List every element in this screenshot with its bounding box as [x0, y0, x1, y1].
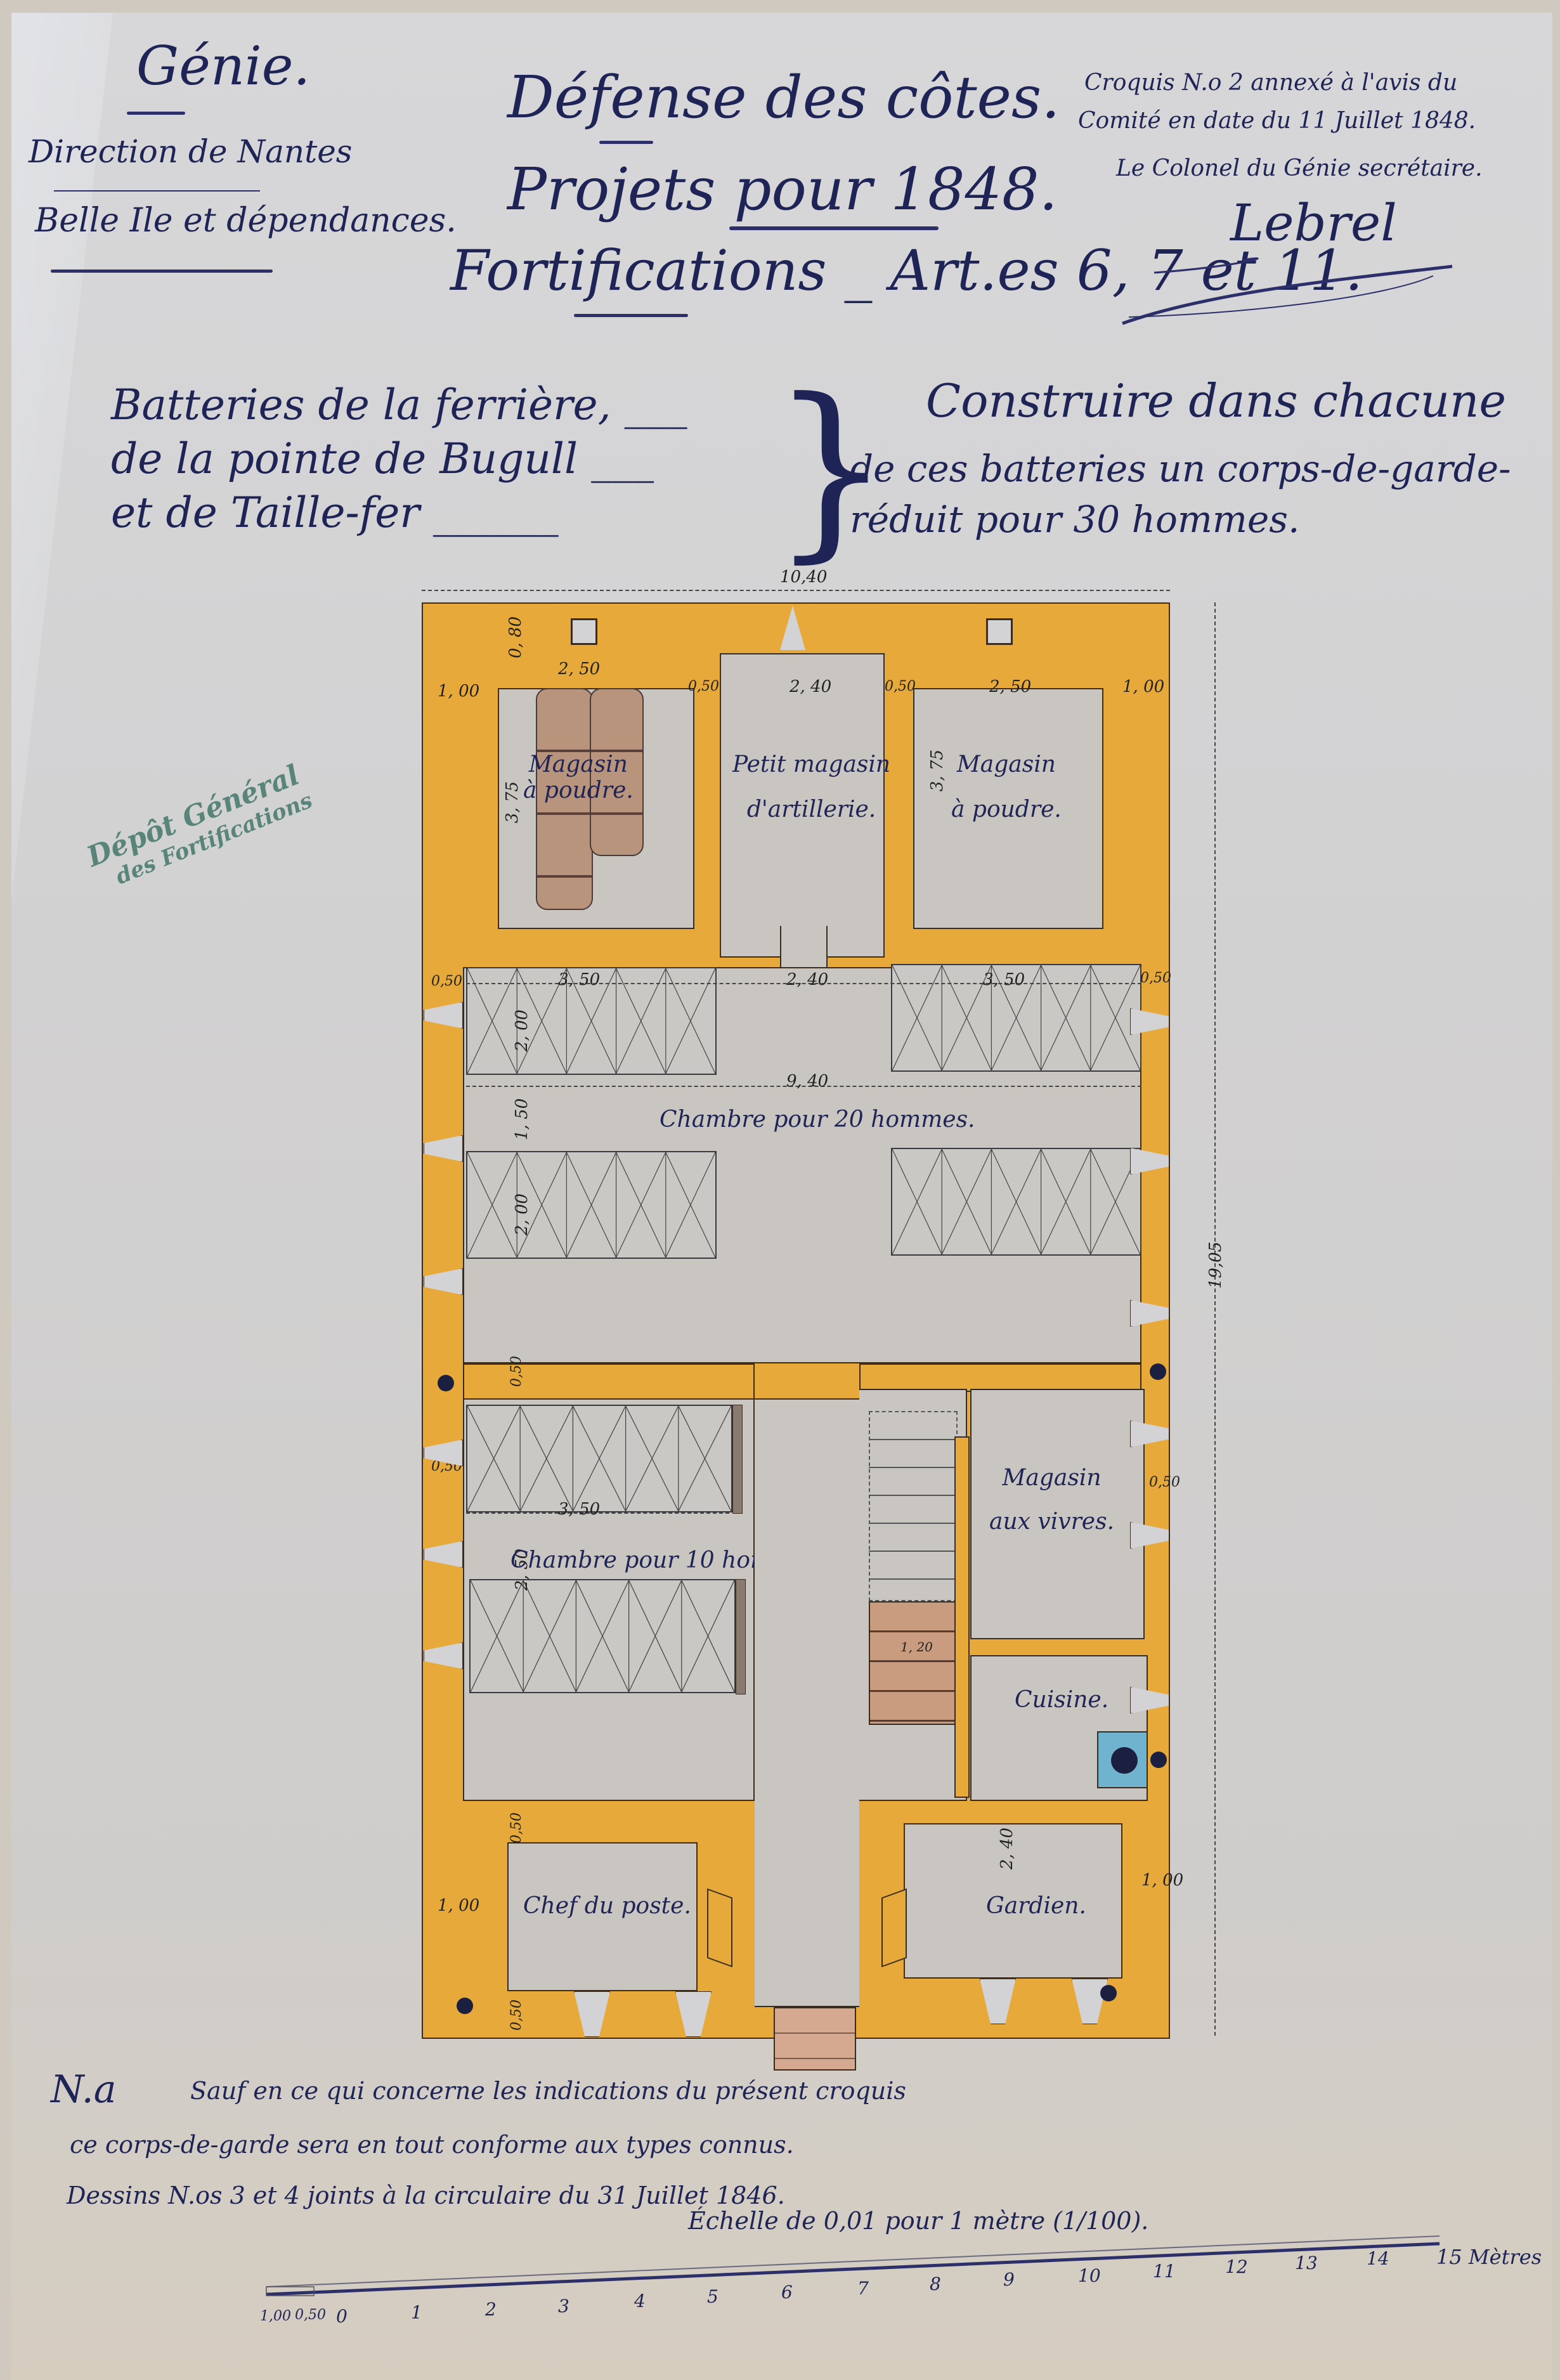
dim-partition-1: 0,50: [688, 679, 719, 694]
vent-shaft-icon: [571, 618, 597, 645]
label-gardien: Gardien.: [986, 1893, 1086, 1919]
scale-tick-label: 1,00: [260, 2308, 291, 2324]
instruction-line3: réduit pour 30 hommes.: [850, 498, 1299, 541]
scale-tick-label: 1: [411, 2302, 422, 2323]
bed-row-icon: [891, 1148, 1141, 1256]
dim-beds-bottom-depth: 2, 00: [512, 1193, 531, 1235]
dim-top-wall: 0, 80: [506, 616, 525, 658]
label-magasin-vivres: Magasinaux vivres.: [989, 1465, 1114, 1535]
dim-magasin-left-width: 2, 50: [558, 660, 600, 679]
scale-tick-label: 5: [707, 2286, 718, 2307]
instruction-line1: Construire dans chacune: [926, 374, 1506, 427]
batteries-line1: Batteries de la ferrière, ___: [111, 380, 687, 429]
vent-shaft-icon: [986, 618, 1013, 645]
bed-row-icon: [469, 1579, 736, 1693]
label-chambre-20: Chambre pour 20 hommes.: [660, 1107, 975, 1133]
dim-magasin-right-depth: 3, 75: [928, 750, 947, 791]
entrance-steps: [774, 2007, 856, 2071]
signature-flourish-icon: [1116, 254, 1471, 330]
dim-partition-2: 0,50: [885, 679, 916, 694]
note-prefix: N.a: [51, 2067, 117, 2112]
header-flourish: [51, 270, 273, 273]
scale-tick-label: 14: [1367, 2248, 1389, 2269]
fireplace-wall: [881, 1889, 907, 1968]
header-divider: [729, 226, 939, 230]
header-divider: [599, 141, 653, 144]
stairs-upper-dashed: [869, 1411, 958, 1601]
dim-gardien-depth: 2, 40: [998, 1828, 1017, 1870]
mid-wall-left: [463, 1363, 755, 1401]
dim-magasin-left-depth: 3, 75: [503, 781, 522, 823]
dim-chambre20-right-wall: 0,50: [1140, 970, 1171, 986]
drain-pipe-icon: [457, 1998, 473, 2014]
header-divider: [574, 314, 688, 317]
note-line3: Dessins N.os 3 et 4 joints à la circulai…: [67, 2182, 785, 2209]
scale-tick-label: 3: [558, 2296, 569, 2317]
scale-tick-label: 7: [857, 2278, 869, 2299]
dim-magasin-right-width: 2, 50: [989, 677, 1031, 696]
dim-chef-left-wall: 1, 00: [438, 1896, 479, 1915]
dim-chambre10-beds-width: 3, 50: [558, 1500, 600, 1519]
label-cuisine: Cuisine.: [1015, 1687, 1108, 1713]
label-magasin-right: Magasinà poudre.: [951, 751, 1062, 823]
overall-length-line: [1214, 602, 1216, 2036]
scale-tick-label: 9: [1003, 2269, 1015, 2290]
dim-beds-right-width: 3, 50: [983, 970, 1025, 989]
label-petit-magasin: Petit magasind'artillerie.: [732, 751, 890, 823]
rifle-rack-icon: [732, 1405, 743, 1514]
dim-bottom-wall: 0,50: [509, 2000, 524, 2031]
dim-chambre20-inner-width: 9, 40: [786, 1072, 828, 1091]
chimney-icon: [780, 606, 805, 650]
header-divider: [127, 112, 185, 115]
scale-tick-label: 2: [485, 2299, 497, 2320]
drain-pipe-icon: [1100, 1985, 1117, 2001]
overall-width-line: [422, 590, 1170, 591]
instruction-line2: de ces batteries un corps-de-garde-: [850, 447, 1511, 490]
drain-pipe-icon: [438, 1375, 454, 1391]
scale-tick-label: 4: [634, 2291, 646, 2312]
drain-pipe-icon: [1150, 1752, 1167, 1768]
dim-wall-above-chef: 0,50: [509, 1812, 524, 1844]
dim-aisle-width: 2, 40: [786, 970, 828, 989]
batteries-line3: et de Taille-fer ______: [111, 488, 559, 537]
scale-tick-label: 10: [1078, 2265, 1101, 2286]
signature: Lebrel: [1230, 193, 1397, 252]
mid-wall-right: [859, 1363, 1141, 1392]
header-direction: Direction de Nantes: [29, 133, 352, 170]
stair-wall: [954, 1436, 970, 1798]
rifle-rack-icon: [736, 1579, 746, 1694]
drain-pipe-icon: [1150, 1363, 1166, 1380]
scale-tick-label: 11: [1153, 2261, 1176, 2282]
header-divider: [54, 190, 260, 192]
scale-tick-label: 0: [336, 2306, 348, 2327]
scale-tick-label: 6: [781, 2282, 793, 2303]
dim-aisle-depth: 1, 50: [512, 1098, 531, 1140]
dim-gardien-right-wall: 1, 00: [1141, 1871, 1183, 1890]
dim-petit-magasin-width: 2, 40: [790, 677, 831, 696]
croquis-line1: Croquis N.o 2 annexé à l'avis du: [1084, 70, 1457, 96]
central-corridor: [755, 1398, 859, 2007]
header-defense: Défense des côtes.: [507, 63, 1060, 131]
dim-left-wall: 1, 00: [438, 682, 479, 701]
scale-tick-label: 8: [930, 2273, 941, 2294]
scale-tick-label: 0,50: [295, 2307, 326, 2323]
overall-length-label: 19,05: [1206, 1242, 1225, 1289]
croquis-line3: Le Colonel du Génie secrétaire.: [1116, 155, 1483, 181]
stove-flue-icon: [1111, 1747, 1138, 1774]
batteries-line2: de la pointe de Bugull ___: [111, 434, 654, 483]
dim-chambre20-left-wall: 0,50: [431, 973, 462, 989]
label-chef-du-poste: Chef du poste.: [523, 1893, 691, 1919]
dim-magasin-vivres-wall: 0,50: [1149, 1474, 1180, 1490]
header-genie: Génie.: [136, 35, 310, 97]
header-district: Belle Ile et dépendances.: [35, 202, 457, 240]
bed-row-icon: [466, 1405, 732, 1512]
croquis-line2: Comité en date du 11 Juillet 1848.: [1078, 108, 1476, 134]
label-magasin-left: Magasinà poudre.: [523, 751, 634, 803]
note-line1: Sauf en ce qui concerne les indications …: [190, 2077, 906, 2105]
dim-stairs-width: 1, 20: [900, 1639, 933, 1655]
dim-right-wall: 1, 00: [1122, 677, 1164, 696]
scale-tick-label: 12: [1225, 2256, 1248, 2277]
fireplace-wall: [707, 1889, 732, 1968]
scale-tick-label: 13: [1295, 2253, 1318, 2273]
dim-wall-mid: 0,50: [509, 1356, 524, 1387]
bed-row-icon: [466, 1151, 717, 1259]
dim-beds-top-depth: 2, 00: [512, 1010, 531, 1051]
scale-end-label: 15 Mètres: [1436, 2245, 1542, 2269]
dim-beds-left-width: 3, 50: [558, 970, 600, 989]
note-line2: ce corps-de-garde sera en tout conforme …: [70, 2131, 794, 2159]
overall-width-label: 10,40: [780, 568, 827, 587]
header-projets: Projets pour 1848.: [507, 155, 1058, 223]
stairs-icon: [869, 1601, 958, 1725]
